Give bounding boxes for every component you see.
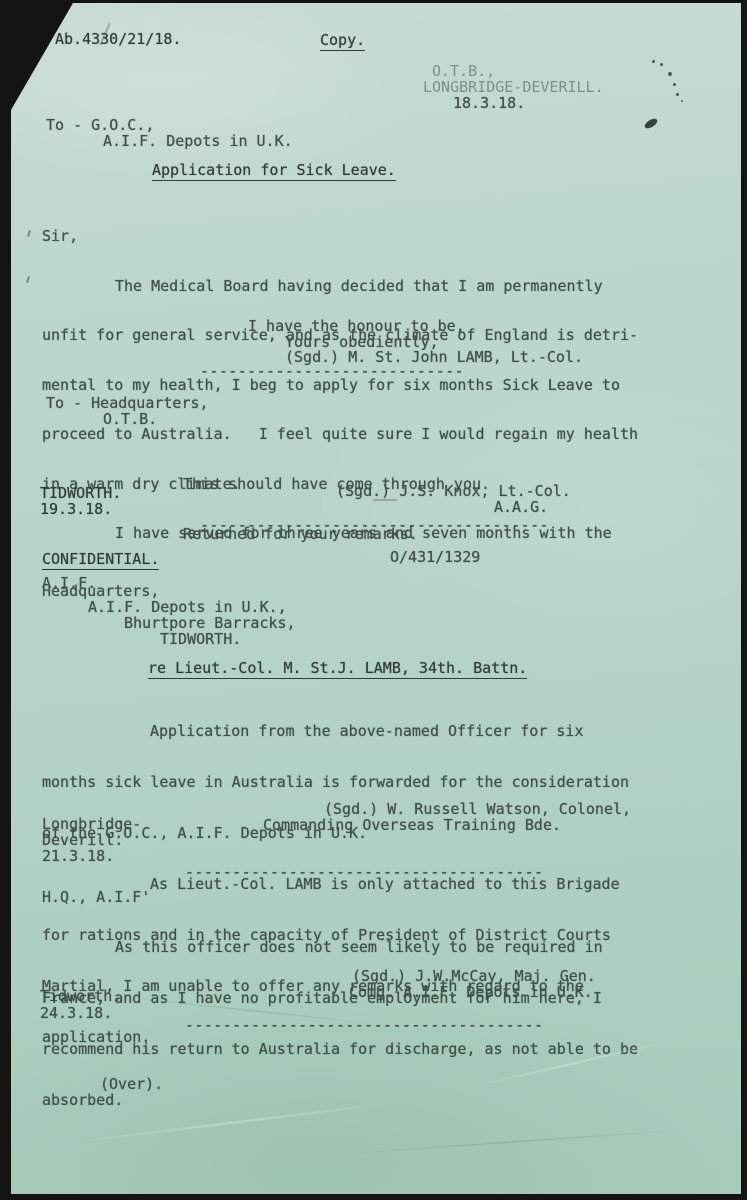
minute-line: Application from the above-named Officer… xyxy=(42,723,629,740)
subject-line: re Lieut.-Col. M. St.J. LAMB, 34th. Batt… xyxy=(148,659,527,679)
addressee-line: A.I.F. Depots in U.K. xyxy=(103,133,293,150)
hq-address-line: TIDWORTH. xyxy=(160,631,241,648)
ink-speck xyxy=(660,63,663,66)
origin-date: 18.3.18. xyxy=(453,95,525,112)
body-line: proceed to Australia. I feel quite sure … xyxy=(42,426,638,443)
over-note: (Over). xyxy=(100,1076,163,1093)
divider-line: ---------------------------- xyxy=(200,363,464,380)
ink-speck xyxy=(676,93,679,96)
ink-speck xyxy=(652,60,655,63)
minute-line: As this officer does not seem likely to … xyxy=(42,939,638,956)
minute3-place: Tidworth. xyxy=(40,988,121,1005)
document-title: Application for Sick Leave. xyxy=(152,161,396,181)
divider-line: -------------------------------------- xyxy=(185,864,543,881)
ink-speck xyxy=(681,100,683,102)
copy-label: Copy. xyxy=(320,31,365,51)
minute3-heading: H.Q., A.I.F' xyxy=(42,889,150,906)
addressee-line: O.T.B. xyxy=(103,411,157,428)
reference-number: Ab.4330/21/18. xyxy=(55,31,181,48)
signature-role: Comg. A.I.F. Depots in U.K. xyxy=(349,984,593,1001)
divider-line: ------------------------------------- xyxy=(200,517,549,534)
file-number: O/431/1329 xyxy=(390,549,480,566)
minute-line: months sick leave in Australia is forwar… xyxy=(42,774,629,791)
minute2-date: 21.3.18. xyxy=(42,848,114,865)
signature-rank: A.A.G. xyxy=(494,499,548,516)
body-line: The Medical Board having decided that I … xyxy=(42,278,638,295)
ink-speck xyxy=(673,83,676,86)
ink-blot xyxy=(643,117,659,130)
signature-role: Commanding Overseas Training Bde. xyxy=(263,817,561,834)
pencil-underline xyxy=(373,499,397,501)
document-content: Ab.4330/21/18. Copy. O.T.B., LONGBRIDGE-… xyxy=(0,0,747,1200)
ink-speck xyxy=(668,72,672,76)
minute3-date: 24.3.18. xyxy=(40,1005,112,1022)
scanned-document-photo: { "document": { "reference": "Ab.4330/21… xyxy=(0,0,747,1200)
divider-line: -------------------------------------- xyxy=(185,1017,543,1034)
handwriting-mark xyxy=(26,276,30,283)
minute1-date: 19.3.18. xyxy=(40,501,112,518)
minute-line: recommend his return to Australia for di… xyxy=(42,1041,638,1058)
classification-label: CONFIDENTIAL. xyxy=(42,550,159,570)
minute-line: absorbed. xyxy=(42,1092,638,1109)
handwriting-mark xyxy=(27,230,31,237)
salutation: Sir, xyxy=(42,228,638,245)
